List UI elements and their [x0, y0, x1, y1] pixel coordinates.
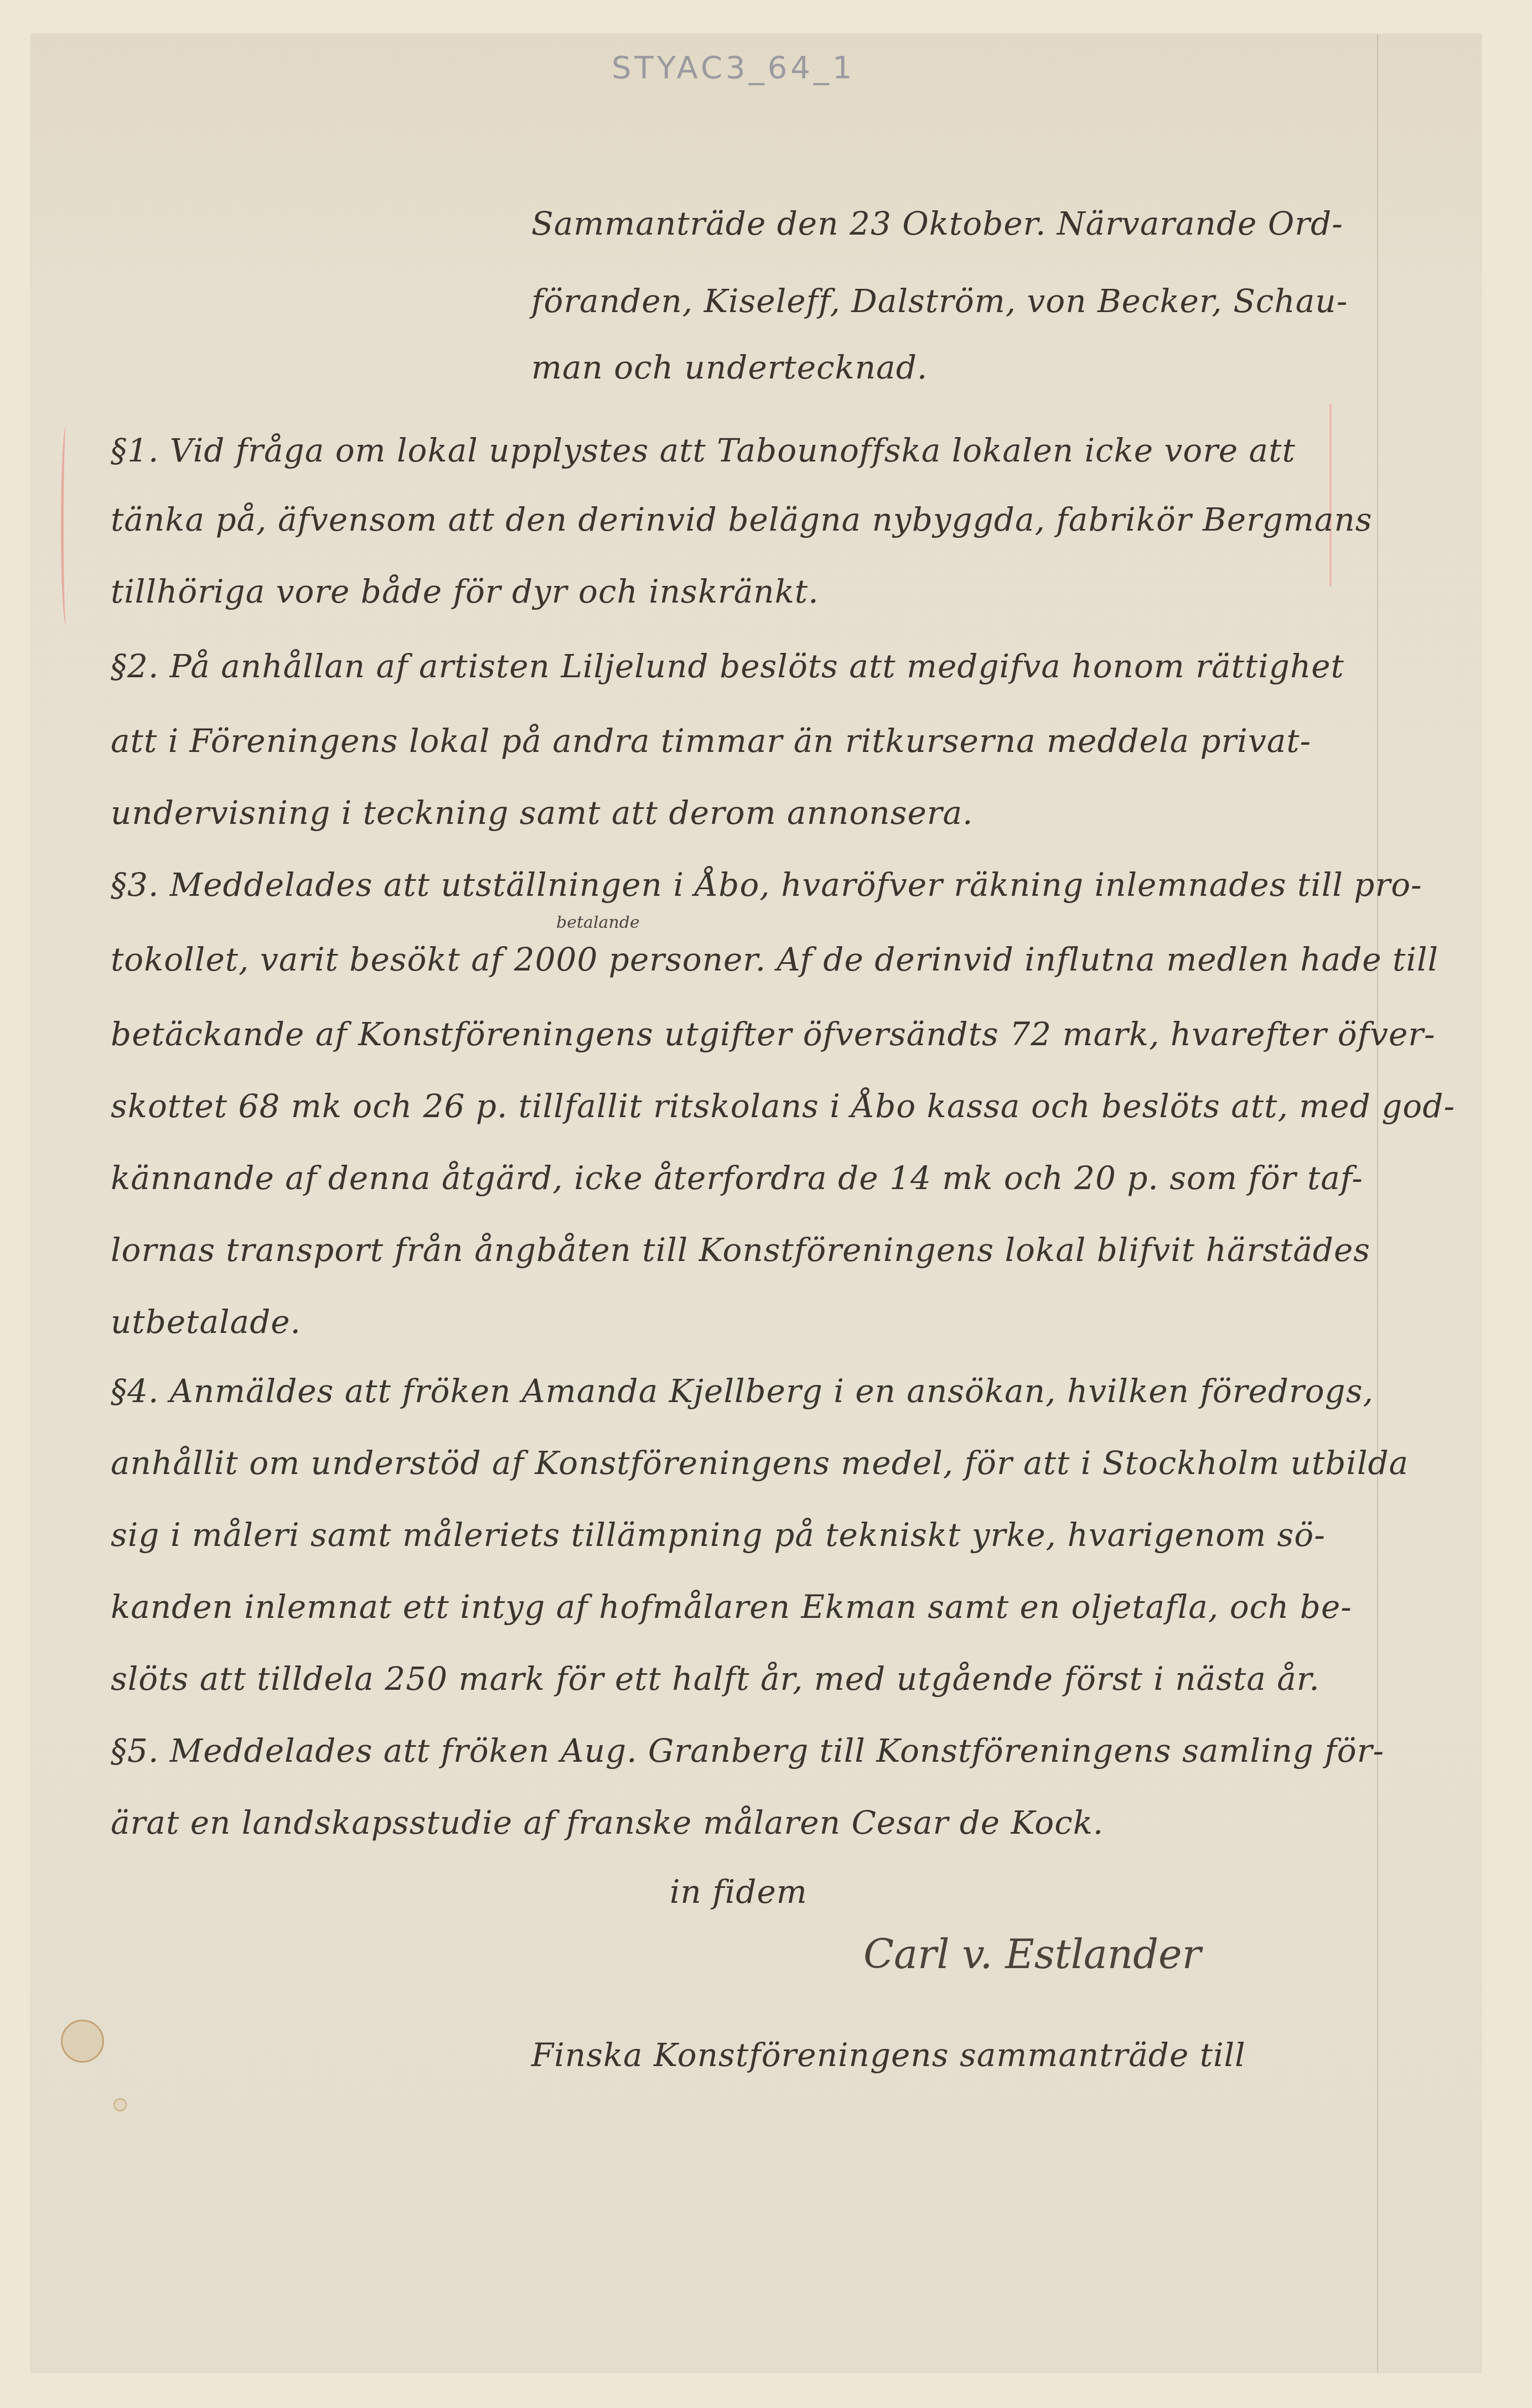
red-crayon-mark	[61, 426, 71, 625]
header-line: man och undertecknad.	[531, 349, 928, 386]
body-line: slöts att tilldela 250 mark för ett half…	[111, 1660, 1320, 1698]
body-line: tänka på, äfvensom att den derinvid belä…	[111, 501, 1373, 538]
signature: Carl v. Estlander	[863, 1931, 1201, 1978]
red-crayon-mark	[1329, 404, 1336, 587]
fold-line	[1377, 34, 1378, 2373]
body-line: §5. Meddelades att fröken Aug. Granberg …	[111, 1732, 1384, 1769]
body-line: att i Föreningens lokal på andra timmar …	[111, 722, 1311, 760]
header-line: Sammanträde den 23 Oktober. Närvarande O…	[531, 205, 1343, 242]
body-line: kännande af denna åtgärd, icke återfordr…	[111, 1159, 1363, 1197]
interlinear-insertion: betalande	[556, 913, 640, 932]
body-line: skottet 68 mk och 26 p. tillfallit ritsk…	[111, 1087, 1455, 1125]
archive-id-label: STYAC3_64_1	[612, 50, 856, 86]
body-line: kanden inlemnat ett intyg af hofmålaren …	[111, 1588, 1352, 1626]
body-line: sig i måleri samt måleriets tillämpning …	[111, 1516, 1326, 1554]
body-line: §1. Vid fråga om lokal upplystes att Tab…	[111, 432, 1296, 469]
body-line: ärat en landskapsstudie af franske målar…	[111, 1804, 1104, 1841]
closing-formula: in fidem	[670, 1873, 808, 1911]
body-line: tokollet, varit besökt af 2000 personer.…	[111, 941, 1438, 978]
body-line: betäckande af Konstföreningens utgifter …	[111, 1015, 1436, 1053]
water-stain	[113, 2098, 127, 2111]
water-stain	[61, 2020, 104, 2063]
header-line: föranden, Kiseleff, Dalström, von Becker…	[531, 282, 1348, 320]
footer-line: Finska Konstföreningens sammanträde till	[531, 2036, 1246, 2074]
body-line: §4. Anmäldes att fröken Amanda Kjellberg…	[111, 1372, 1374, 1410]
body-line: §3. Meddelades att utställningen i Åbo, …	[111, 866, 1422, 904]
body-line: §2. På anhållan af artisten Liljelund be…	[111, 647, 1344, 685]
body-line: undervisning i teckning samt att derom a…	[111, 794, 974, 832]
body-line: tillhöriga vore både för dyr och inskrän…	[111, 573, 819, 610]
body-line: anhållit om understöd af Konstföreningen…	[111, 1444, 1409, 1482]
body-line: lornas transport från ångbåten till Kons…	[111, 1231, 1370, 1269]
body-line: utbetalade.	[111, 1303, 301, 1341]
